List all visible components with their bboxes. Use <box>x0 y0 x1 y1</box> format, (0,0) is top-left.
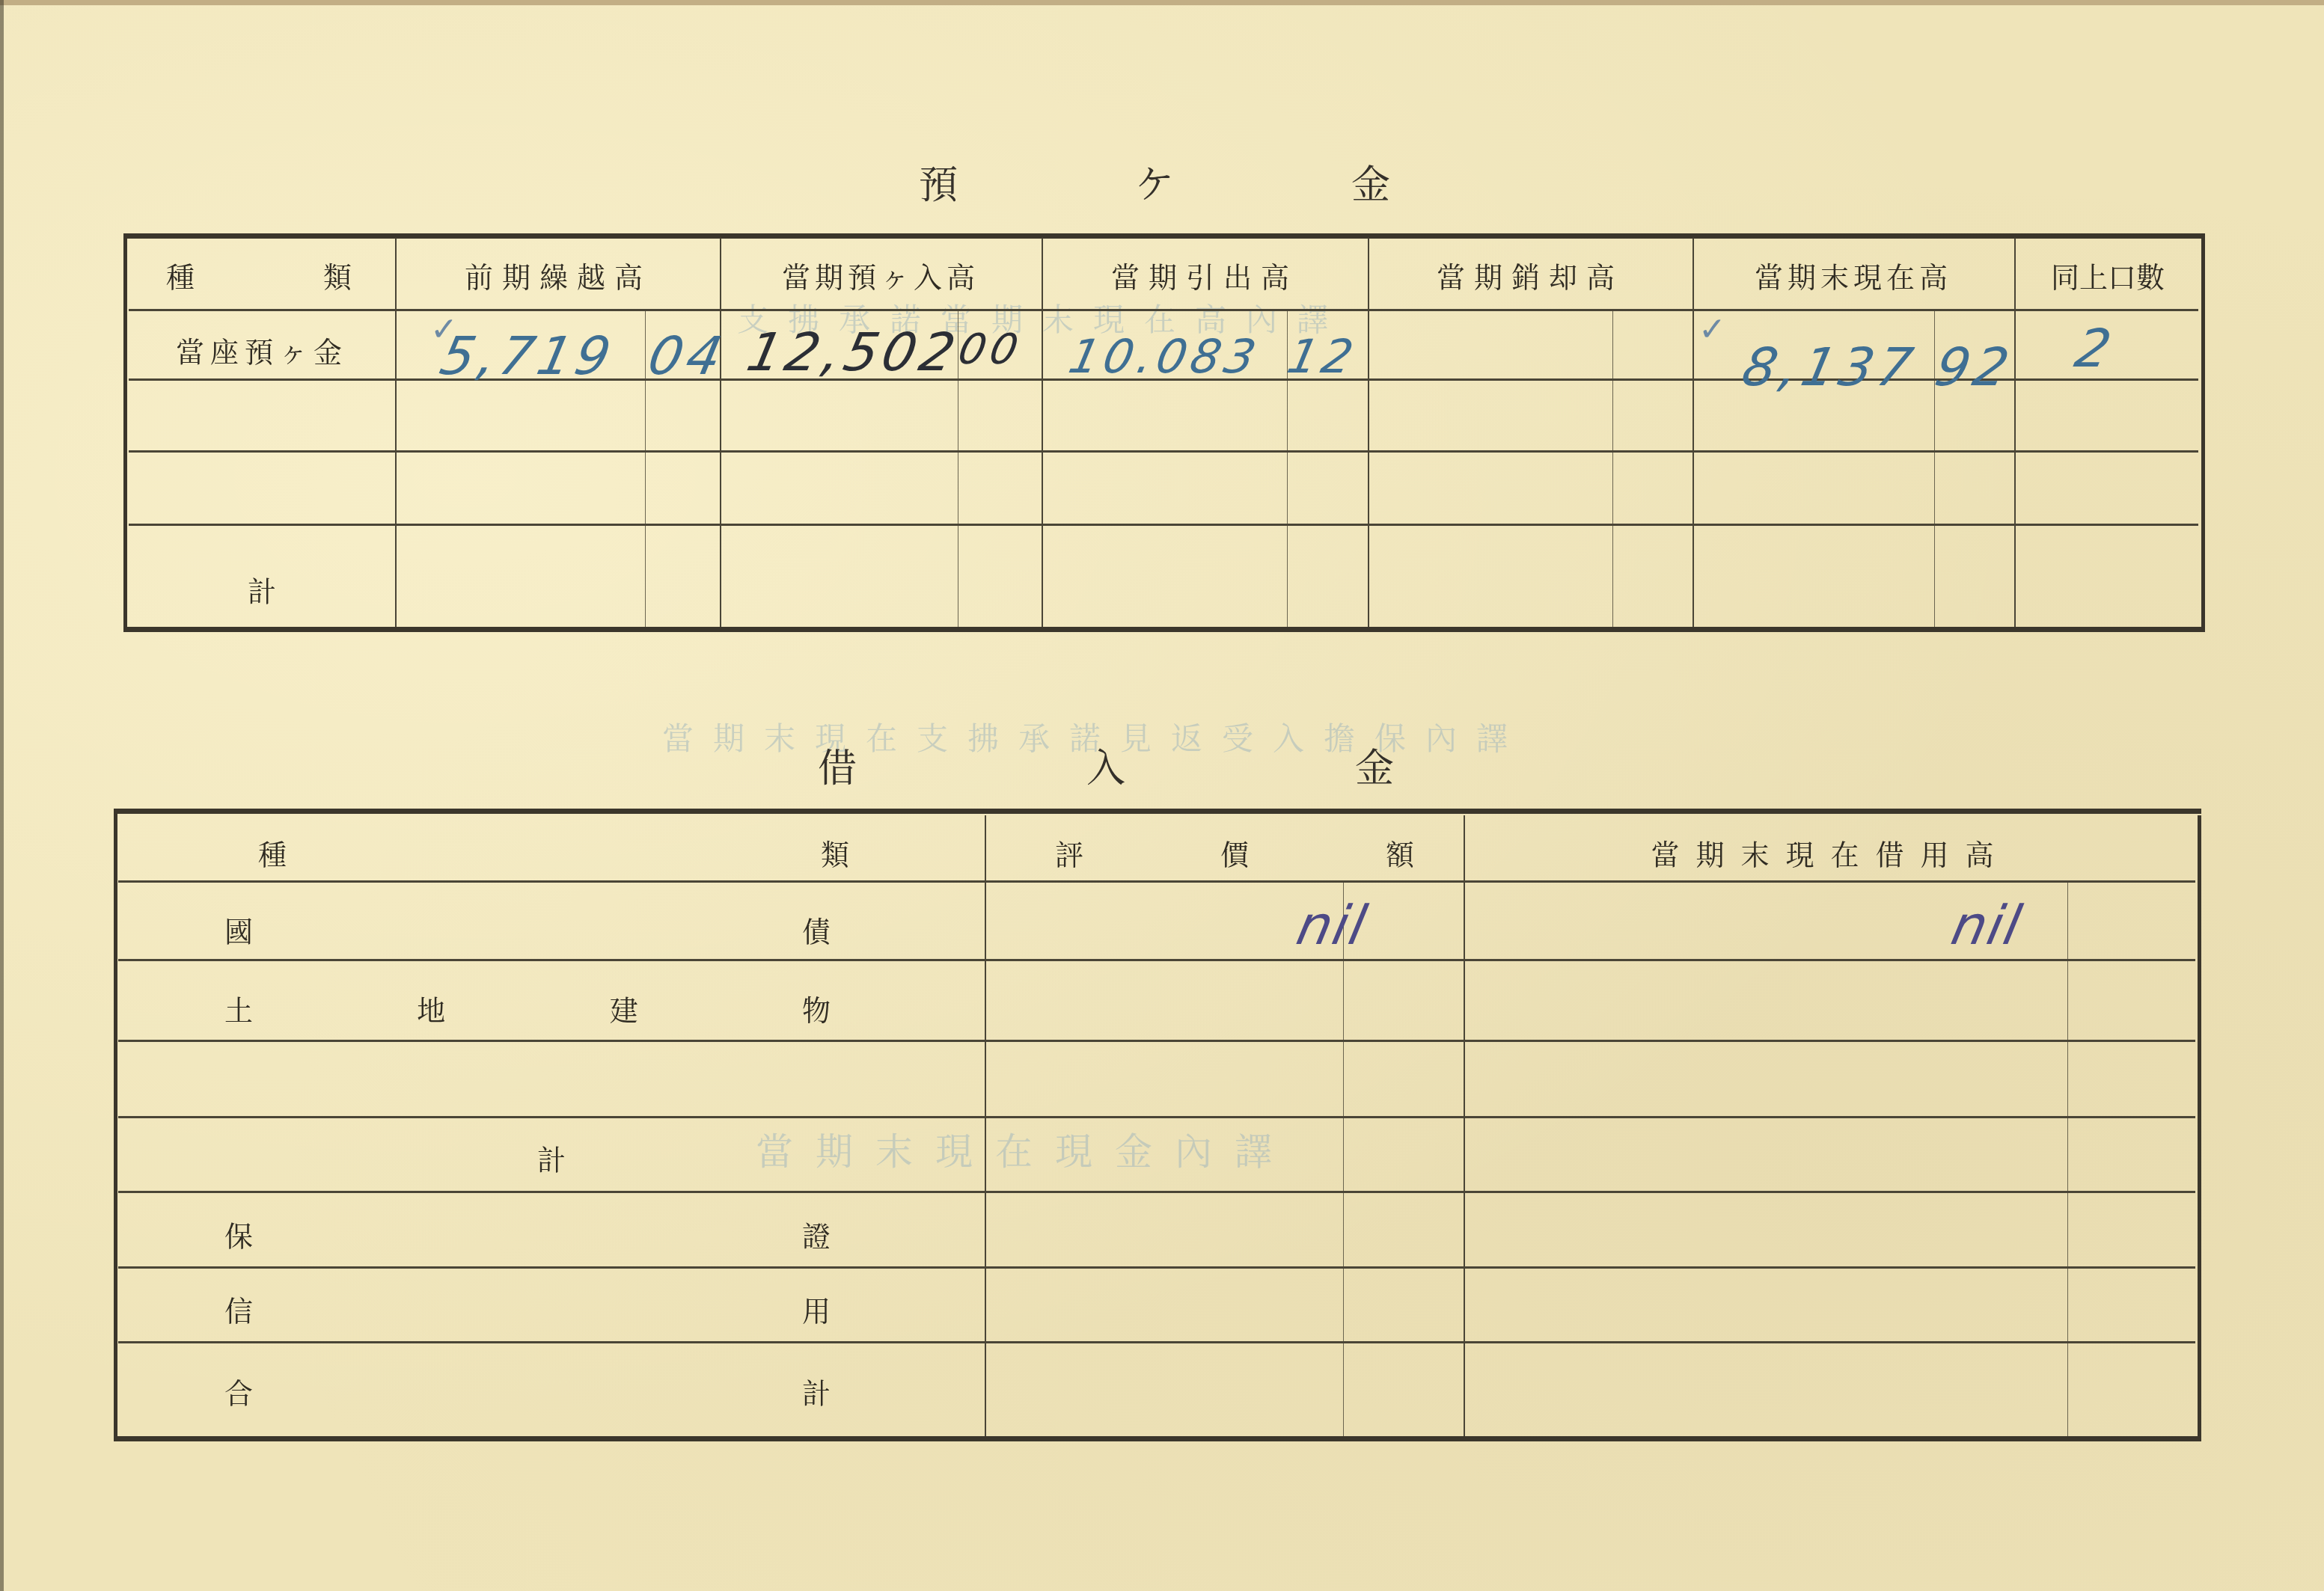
header-char: 類 <box>323 254 352 295</box>
column-divider <box>720 238 721 627</box>
column-divider <box>1692 238 1694 627</box>
label-char: 物 <box>802 987 831 1029</box>
row-divider <box>118 1040 2195 1042</box>
table-border <box>123 233 2205 239</box>
label-char: 合 <box>224 1370 253 1411</box>
label-char: 國 <box>224 909 253 950</box>
row-label-subtotal: 計 <box>118 1137 985 1178</box>
header-prev-carryover: 前期繰越高 <box>397 254 720 295</box>
label-char: 債 <box>802 909 831 950</box>
title-char: 預 <box>919 153 958 209</box>
row-divider <box>118 1266 2195 1269</box>
table-border <box>123 233 127 632</box>
header-period-end-borrowed: 當期末現在借用高 <box>1464 832 2198 873</box>
assessed-value-nil: nil <box>1291 894 1373 957</box>
row-label-guarantee: 保 證 <box>224 1213 831 1254</box>
period-end-balance-dec: 92 <box>1930 337 2019 398</box>
row-divider <box>118 1116 2195 1118</box>
label-char: 土 <box>224 987 253 1029</box>
label-char: 建 <box>610 987 638 1029</box>
header-type: 種 類 <box>258 832 849 873</box>
header-char: 種 <box>166 254 195 295</box>
header-period-writeoff: 當期銷却高 <box>1368 254 1692 295</box>
label-char: 地 <box>417 987 445 1029</box>
title-char: 入 <box>1086 737 1125 793</box>
row-label-land-buildings: 土 地 建 物 <box>224 987 831 1029</box>
header-char: 評 <box>1055 832 1083 873</box>
decimal-divider <box>1343 883 1344 1436</box>
prev-carryover-int: 5,719 <box>435 325 620 387</box>
period-end-balance-int: 8,137 <box>1737 337 1922 398</box>
decimal-divider <box>1612 310 1613 627</box>
row-label-credit: 信 用 <box>224 1288 831 1329</box>
label-char: 計 <box>802 1370 831 1411</box>
period-deposits-int: 12,502 <box>741 322 964 383</box>
row-divider <box>118 1341 2195 1343</box>
header-char: 種 <box>258 832 287 873</box>
column-divider <box>395 238 397 627</box>
column-divider <box>2014 238 2016 627</box>
label-char: 用 <box>802 1288 831 1329</box>
check-mark-icon: ✓ <box>1698 310 1726 349</box>
column-divider <box>1368 238 1369 627</box>
header-char: 價 <box>1220 832 1249 873</box>
paper-left-edge <box>0 0 4 1591</box>
decimal-divider <box>1934 310 1935 627</box>
column-divider <box>1042 238 1043 627</box>
label-char: 保 <box>224 1213 253 1254</box>
table-border <box>123 627 2205 632</box>
label-char: 信 <box>224 1288 253 1329</box>
table-border <box>114 809 117 1441</box>
table-border <box>2201 233 2205 632</box>
row-divider <box>118 959 2195 961</box>
header-assessed-value: 評 價 額 <box>1055 832 1414 873</box>
header-period-end-balance: 當期末現在高 <box>1692 254 2014 295</box>
period-withdrawals-int: 10.083 <box>1064 329 1265 384</box>
prev-carryover-dec: 04 <box>643 325 732 387</box>
header-account-count: 同上口數 <box>2014 254 2201 295</box>
title-char: 金 <box>1351 153 1390 209</box>
title-char: 金 <box>1355 737 1394 793</box>
period-end-borrowed-nil: nil <box>1946 894 2028 957</box>
label-char: 證 <box>802 1213 831 1254</box>
row-divider <box>118 880 2195 883</box>
table-border <box>2198 815 2201 1440</box>
title-char: 借 <box>818 737 857 793</box>
row-divider <box>129 524 2198 526</box>
deposits-title: 預 ケ 金 <box>919 153 1390 209</box>
total-label: 計 <box>129 568 395 610</box>
row-label-national-bonds: 國 債 <box>224 909 831 950</box>
table-border <box>114 809 2201 814</box>
header-char: 額 <box>1386 832 1414 873</box>
header-type: 種 類 <box>166 254 352 295</box>
decimal-divider <box>2067 883 2068 1436</box>
title-char: ケ <box>1135 153 1174 209</box>
header-char: 類 <box>821 832 849 873</box>
decimal-divider <box>645 310 646 627</box>
header-period-withdrawals: 當期引出高 <box>1042 254 1368 295</box>
paper-top-edge <box>0 0 2324 5</box>
row-label-grand-total: 合 計 <box>224 1370 831 1411</box>
account-count-value: 2 <box>2070 318 2120 379</box>
period-withdrawals-dec: 12 <box>1282 329 1362 384</box>
row-divider <box>118 1191 2195 1193</box>
borrowings-title: 借 入 金 <box>818 737 1394 793</box>
header-period-deposits: 當期預ヶ入高 <box>720 254 1042 295</box>
period-deposits-dec: 00 <box>954 325 1027 374</box>
row-divider <box>129 450 2198 453</box>
table-border <box>114 1436 2201 1441</box>
row-type-label: 當座預ヶ金 <box>129 329 395 370</box>
